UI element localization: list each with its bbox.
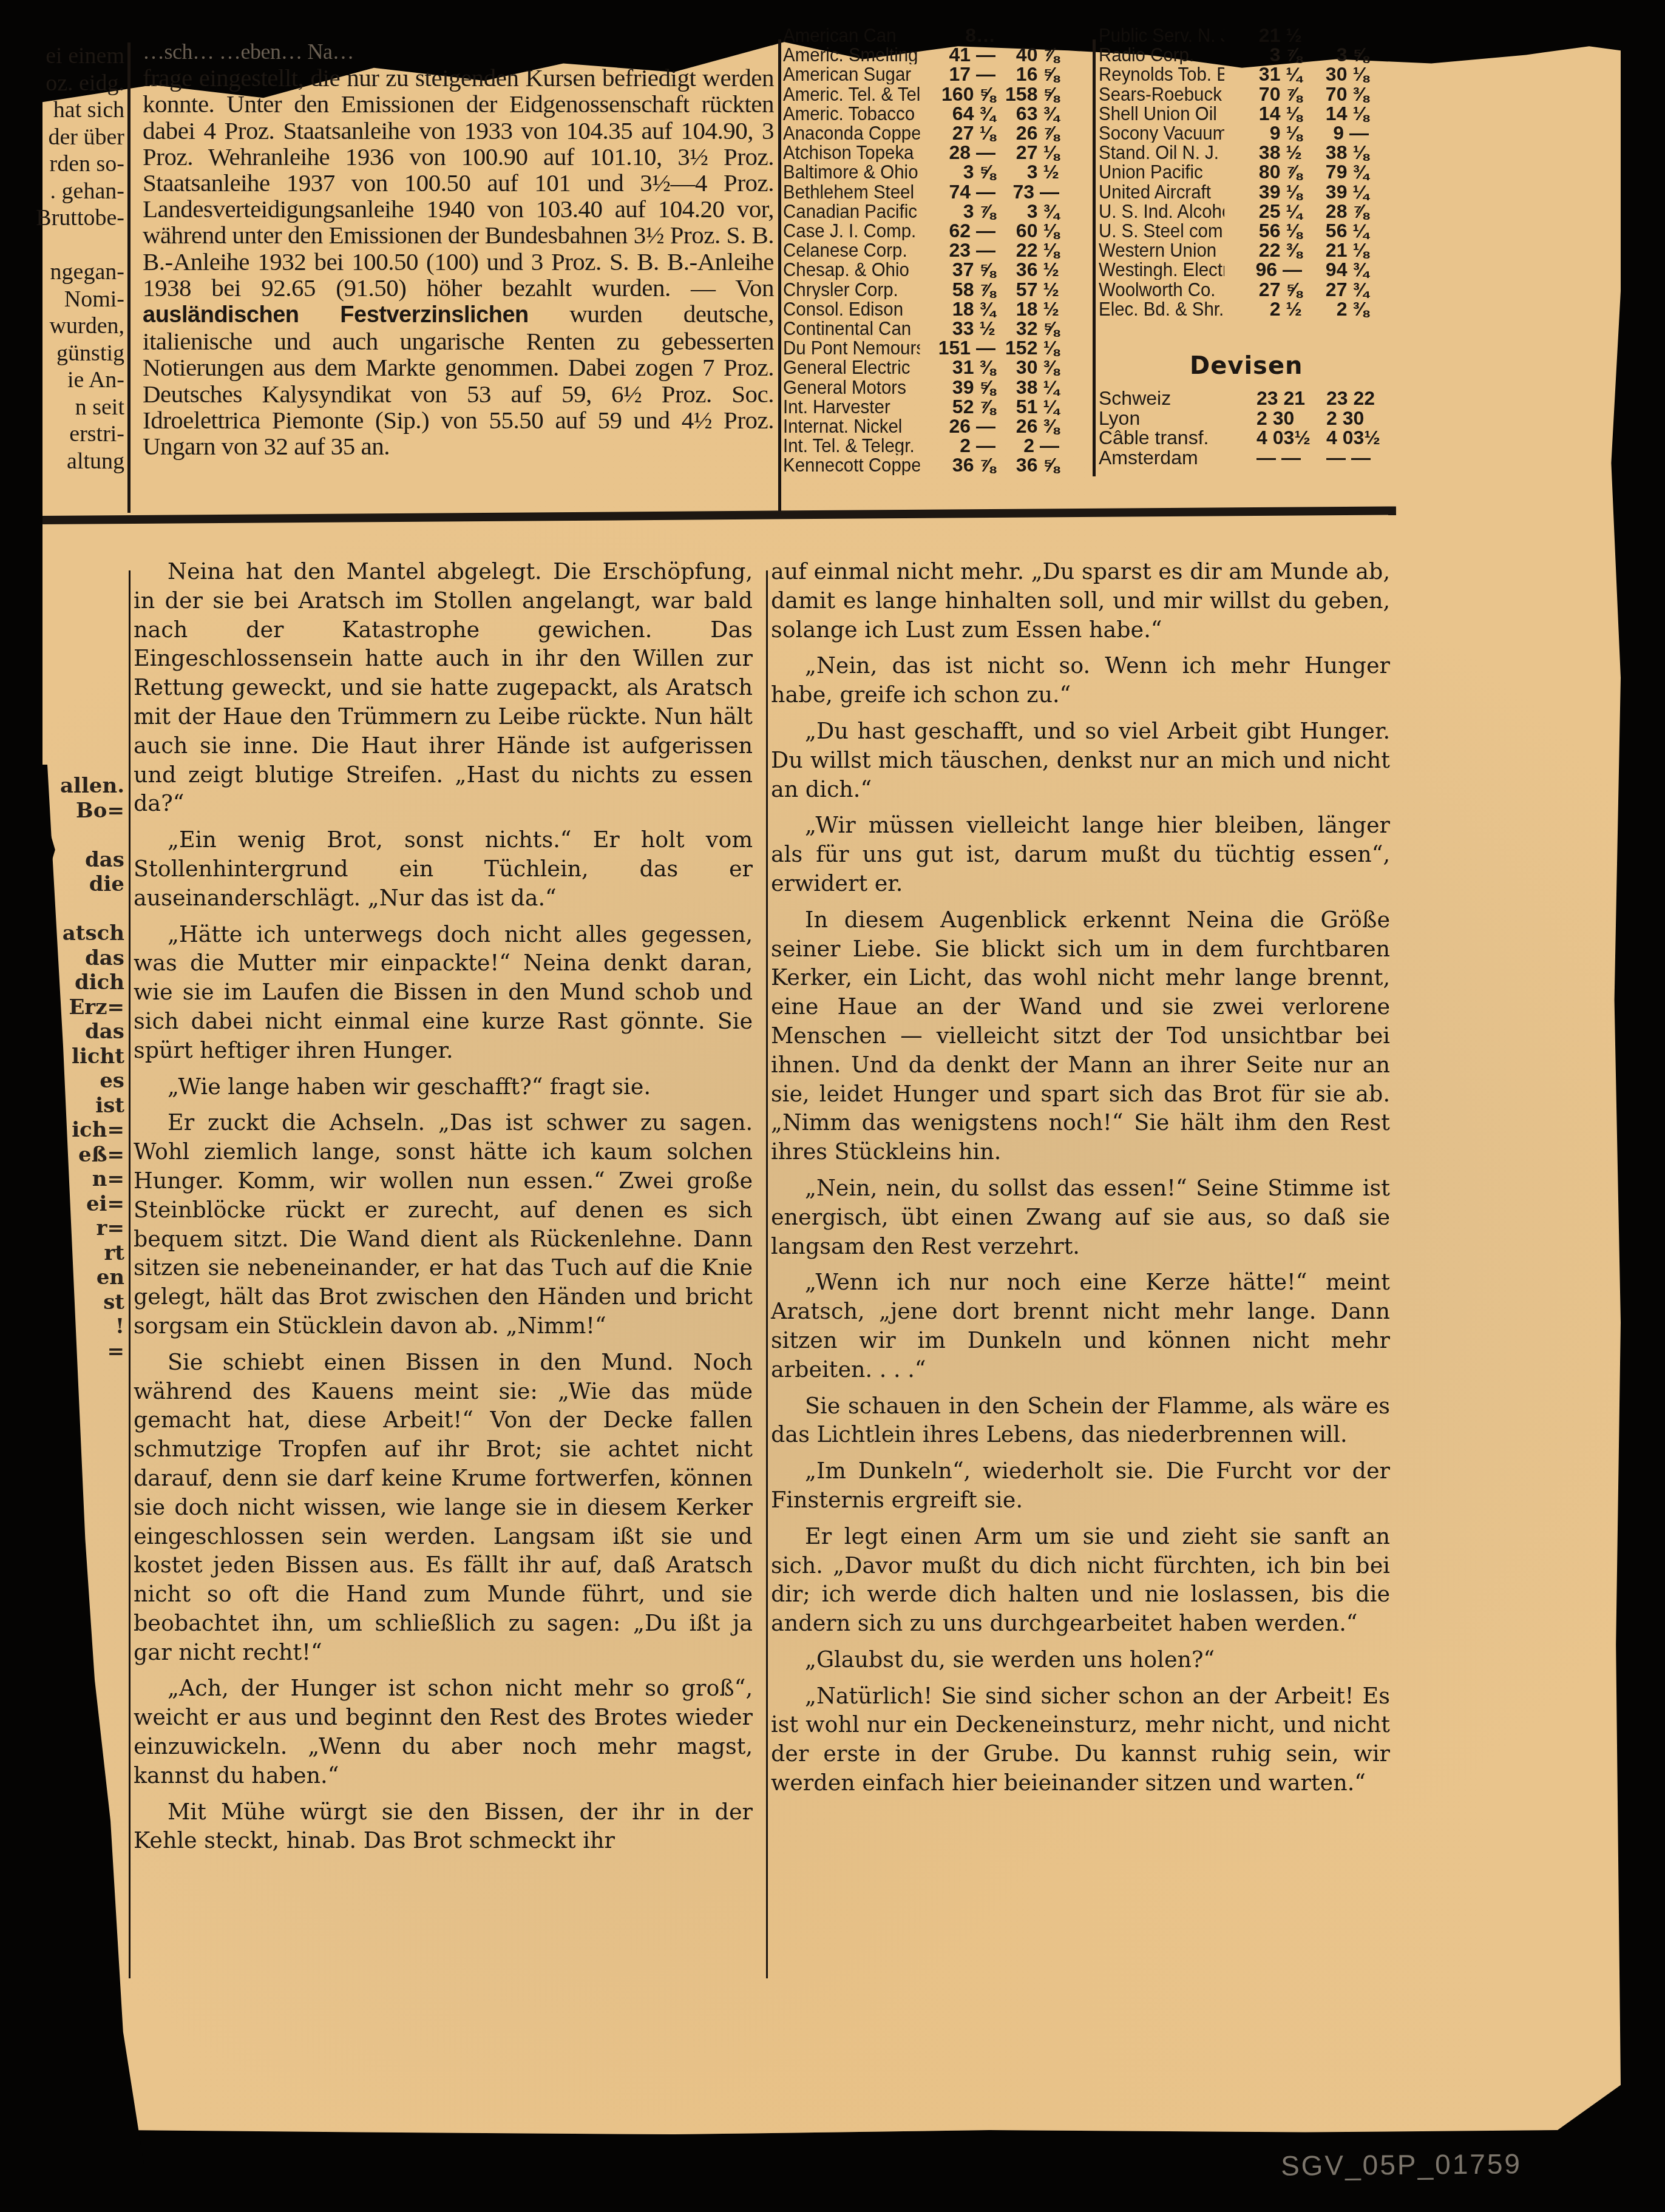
finance-article: …sch… …eben… Na… frage eingestellt, die … — [143, 38, 774, 459]
fragment-line: ich= — [18, 1118, 124, 1143]
stock-previous: 31 ⅜ — [932, 357, 995, 377]
story-paragraph: „Glaubst du, sie werden uns holen?“ — [771, 1645, 1390, 1674]
stock-name: Consol. Edison — [783, 299, 920, 319]
stock-name: American Sugar — [783, 64, 920, 84]
stock-row: General Motors39 ⅝38 ¼ — [783, 377, 1059, 397]
fragment-line: das — [18, 848, 124, 873]
fragment-line: ei einem — [18, 42, 124, 70]
stock-row: Americ. Tel. & Tel.160 ⅝158 ⅝ — [783, 84, 1059, 104]
stock-name: General Electric — [783, 357, 920, 377]
stock-row: General Electric31 ⅜30 ⅜ — [783, 357, 1059, 377]
story-paragraph: „Wie lange haben wir geschafft?“ fragt s… — [134, 1072, 753, 1101]
stock-row: Kennecott Copper36 ⅞36 ⅝ — [783, 455, 1059, 475]
currency-row: Câble transf.4 03½4 03½ — [1099, 428, 1396, 448]
stock-row: Sears-Roebuck70 ⅞70 ⅜ — [1099, 84, 1369, 104]
article-bold-term: ausländischen Festverzinslichen — [143, 302, 529, 328]
stock-name: Kennecott Copper — [783, 455, 920, 475]
fragment-line — [18, 232, 124, 259]
story-paragraph: Er zuckt die Achseln. „Das ist schwer zu… — [134, 1108, 753, 1340]
stock-current: 26 ⅜ — [995, 416, 1059, 436]
stock-name: United Aircraft — [1099, 182, 1224, 201]
story-paragraph: Mit Mühe würgt sie den Bissen, der ihr i… — [134, 1798, 753, 1856]
stock-current: 16 ⅝ — [995, 64, 1059, 84]
fragment-line: Bo= — [18, 799, 124, 824]
stock-row: Stand. Oil N. J.38 ½38 ⅛ — [1099, 143, 1369, 162]
stock-previous: 70 ⅞ — [1235, 84, 1302, 104]
stock-name: Woolworth Co. — [1099, 280, 1224, 299]
stock-name: Internat. Nickel — [783, 416, 920, 436]
stock-current: 60 ⅛ — [995, 221, 1059, 240]
currency-name: Schweiz — [1099, 388, 1256, 408]
story-paragraph: „Ein wenig Brot, sonst nichts.“ Er holt … — [134, 825, 753, 912]
fragment-line: rt — [18, 1241, 124, 1266]
stock-row: Consol. Edison18 ¾18 ½ — [783, 299, 1059, 319]
stock-previous: 56 ⅛ — [1235, 221, 1302, 240]
stock-previous: 41 — — [932, 45, 995, 64]
stock-current: 28 ⅞ — [1302, 201, 1369, 221]
stock-previous: 3 ⅞ — [1235, 45, 1302, 64]
stock-previous: 3 ⅝ — [932, 162, 995, 181]
stock-row: Union Pacific80 ⅞79 ¾ — [1099, 162, 1369, 181]
fragment-line: en — [18, 1265, 124, 1290]
stock-previous: 27 ⅝ — [1235, 280, 1302, 299]
stock-previous: 23 — — [932, 240, 995, 260]
stock-current: 30 ⅜ — [995, 357, 1059, 377]
stock-current: 56 ¼ — [1302, 221, 1369, 240]
fragment-line: ei= — [18, 1192, 124, 1217]
stock-current — [995, 25, 1059, 45]
stock-row: Reynolds Tob. B31 ¼30 ⅛ — [1099, 64, 1369, 84]
stock-previous: 21 ½ — [1235, 25, 1302, 45]
fragment-line: das — [18, 1020, 124, 1044]
stock-row: Atchison Topeka28 —27 ⅛ — [783, 143, 1059, 162]
story-column-left: Neina hat den Mantel abgelegt. Die Ersch… — [134, 557, 753, 1862]
column-rule — [766, 570, 768, 1978]
stock-row: Anaconda Copper27 ⅛26 ⅞ — [783, 123, 1059, 143]
stock-current: 36 ½ — [995, 260, 1059, 279]
fragment-line: n= — [18, 1167, 124, 1192]
stock-previous: 27 ⅛ — [932, 123, 995, 143]
currency-name: Amsterdam — [1099, 448, 1256, 468]
column-rule — [127, 42, 131, 513]
stock-previous: 36 ⅞ — [932, 455, 995, 475]
stock-previous: 160 ⅝ — [932, 84, 995, 104]
fragment-line: allen. — [18, 774, 124, 799]
stock-name: Int. Tel. & Telegr. — [783, 436, 920, 455]
stock-table-left: American Can8…Americ. Smelting41 —40 ⅞Am… — [783, 25, 1059, 475]
stock-previous: 39 ⅝ — [932, 377, 995, 397]
stock-name: Bethlehem Steel — [783, 182, 920, 201]
stock-current: 73 — — [995, 182, 1059, 201]
fragment-line: . gehan- — [18, 178, 124, 205]
partial-line: …sch… …eben… Na… — [143, 39, 354, 64]
stock-previous: 62 — — [932, 221, 995, 240]
stock-current: 22 ⅛ — [995, 240, 1059, 260]
stock-row: Shell Union Oil14 ⅛14 ⅛ — [1099, 104, 1369, 123]
story-column-right: auf einmal nicht mehr. „Du sparst es dir… — [771, 557, 1390, 1805]
stock-row: Westingh. Electric96 —94 ¾ — [1099, 260, 1369, 279]
stock-current: 51 ¼ — [995, 397, 1059, 416]
stock-name: Western Union — [1099, 240, 1224, 260]
stock-name: Anaconda Copper — [783, 123, 920, 143]
fragment-line — [18, 897, 124, 922]
stock-current: 26 ⅞ — [995, 123, 1059, 143]
stock-current: 63 ¾ — [995, 104, 1059, 123]
stock-name: Celanese Corp. — [783, 240, 920, 260]
fragment-line: das — [18, 946, 124, 971]
stock-current: 27 ¾ — [1302, 280, 1369, 299]
stock-name: American Can — [783, 25, 920, 45]
currency-previous: 2 30 — [1256, 408, 1326, 428]
stock-row: Case J. I. Comp.62 —60 ⅛ — [783, 221, 1059, 240]
column-rule — [129, 570, 131, 1978]
fragment-line: eß= — [18, 1143, 124, 1168]
stock-name: Americ. Tobacco B — [783, 104, 920, 123]
currency-current: — — — [1326, 448, 1396, 468]
stock-row: Radio Corp.3 ⅞3 ⅝ — [1099, 45, 1369, 64]
stock-row: Chrysler Corp.58 ⅞57 ½ — [783, 280, 1059, 299]
devisen-table: Schweiz23 2123 22Lyon2 302 30Câble trans… — [1099, 388, 1396, 467]
stock-current: 2 ⅜ — [1302, 299, 1369, 319]
stock-row: American Can8… — [783, 25, 1059, 45]
stock-name: Du Pont Nemours — [783, 338, 920, 357]
stock-row: Western Union22 ⅜21 ⅛ — [1099, 240, 1369, 260]
fragment-line: = — [18, 1339, 124, 1364]
stock-name: Int. Harvester — [783, 397, 920, 416]
fragment-line: hat sich — [18, 96, 124, 124]
stock-row: Baltimore & Ohio3 ⅝3 ½ — [783, 162, 1059, 181]
fragment-line: rden so- — [18, 151, 124, 178]
stock-row: United Aircraft39 ⅛39 ¼ — [1099, 182, 1369, 201]
archive-number: SGV_05P_01759 — [1281, 2147, 1522, 2182]
stock-current: 40 ⅞ — [995, 45, 1059, 64]
story-paragraph: „Ach, der Hunger ist schon nicht mehr so… — [134, 1674, 753, 1790]
fragment-line: ie An- — [18, 367, 124, 394]
stock-row: Celanese Corp.23 —22 ⅛ — [783, 240, 1059, 260]
stock-previous: 151 — — [932, 338, 995, 357]
stock-previous: 17 — — [932, 64, 995, 84]
stock-row: Du Pont Nemours151 —152 ⅛ — [783, 338, 1059, 357]
stock-name: Public Serv. N. J. — [1099, 25, 1224, 45]
story-paragraph: „Wir müssen vielleicht lange hier bleibe… — [771, 811, 1390, 898]
stock-name: U. S. Steel com. — [1099, 221, 1224, 240]
stock-name: Stand. Oil N. J. — [1099, 143, 1224, 162]
fragment-line: der über — [18, 124, 124, 151]
stock-current: 38 ⅛ — [1302, 143, 1369, 162]
currency-row: Schweiz23 2123 22 — [1099, 388, 1396, 408]
stock-row: U. S. Ind. Alcohol25 ¼28 ⅞ — [1099, 201, 1369, 221]
stock-name: Union Pacific — [1099, 162, 1224, 181]
stock-current: 21 ⅛ — [1302, 240, 1369, 260]
devisen-heading: Devisen — [1190, 352, 1303, 380]
stock-row: Public Serv. N. J.21 ½ — [1099, 25, 1369, 45]
stock-row: Woolworth Co.27 ⅝27 ¾ — [1099, 280, 1369, 299]
stock-current: 57 ½ — [995, 280, 1059, 299]
currency-current: 2 30 — [1326, 408, 1396, 428]
stock-name: Radio Corp. — [1099, 45, 1224, 64]
stock-name: Americ. Smelting — [783, 45, 920, 64]
left-fragment-bottom: allen.Bo= dasdie atschdasdichErz=daslich… — [18, 774, 124, 1364]
stock-current: 94 ¾ — [1302, 260, 1369, 279]
fragment-line: r= — [18, 1216, 124, 1241]
stock-name: U. S. Ind. Alcohol — [1099, 201, 1224, 221]
stock-current: 3 ⅝ — [1302, 45, 1369, 64]
stock-previous: 80 ⅞ — [1235, 162, 1302, 181]
fragment-line: es — [18, 1069, 124, 1094]
stock-current: 9 — — [1302, 123, 1369, 143]
fragment-line: erstri- — [18, 421, 124, 448]
currency-row: Amsterdam— —— — — [1099, 448, 1396, 468]
fragment-line: dich — [18, 970, 124, 995]
stock-name: Americ. Tel. & Tel. — [783, 84, 920, 104]
stock-row: Elec. Bd. & Shr.2 ½2 ⅜ — [1099, 299, 1369, 319]
story-paragraph: „Du hast geschafft, und so viel Arbeit g… — [771, 717, 1390, 803]
stock-row: Chesap. & Ohio37 ⅝36 ½ — [783, 260, 1059, 279]
currency-current: 4 03½ — [1326, 428, 1396, 448]
stock-row: Americ. Smelting41 —40 ⅞ — [783, 45, 1059, 64]
column-rule — [778, 39, 781, 513]
stock-row: U. S. Steel com.56 ⅛56 ¼ — [1099, 221, 1369, 240]
currency-current: 23 22 — [1326, 388, 1396, 408]
stock-previous: 39 ⅛ — [1235, 182, 1302, 201]
stock-current: 36 ⅝ — [995, 455, 1059, 475]
stock-name: Chesap. & Ohio — [783, 260, 920, 279]
fragment-line: Nomi- — [18, 286, 124, 313]
stock-previous: 31 ¼ — [1235, 64, 1302, 84]
fragment-line: licht — [18, 1044, 124, 1069]
stock-current: 30 ⅛ — [1302, 64, 1369, 84]
fragment-line: günstig — [18, 340, 124, 367]
stock-current: 18 ½ — [995, 299, 1059, 319]
story-paragraph: „Hätte ich unterwegs doch nicht alles ge… — [134, 920, 753, 1065]
stock-row: Americ. Tobacco B64 ¾63 ¾ — [783, 104, 1059, 123]
story-paragraph: „Wenn ich nur noch eine Kerze hätte!“ me… — [771, 1268, 1390, 1384]
story-paragraph: Er legt einen Arm um sie und zieht sie s… — [771, 1522, 1390, 1638]
stock-previous: 18 ¾ — [932, 299, 995, 319]
story-paragraph: auf einmal nicht mehr. „Du sparst es dir… — [771, 557, 1390, 644]
stock-previous: 33 ½ — [932, 319, 995, 338]
stock-previous: 58 ⅞ — [932, 280, 995, 299]
fragment-line: ! — [18, 1314, 124, 1339]
stock-current: 39 ¼ — [1302, 182, 1369, 201]
story-paragraph: „Nein, das ist nicht so. Wenn ich mehr H… — [771, 651, 1390, 709]
story-paragraph: „Nein, nein, du sollst das essen!“ Seine… — [771, 1174, 1390, 1260]
stock-previous: 28 — — [932, 143, 995, 162]
fragment-line: wurden, — [18, 313, 124, 340]
stock-current — [1302, 25, 1369, 45]
stock-previous: 22 ⅜ — [1235, 240, 1302, 260]
stock-current: 38 ¼ — [995, 377, 1059, 397]
stock-name: Westingh. Electric — [1099, 260, 1224, 279]
stock-previous: 37 ⅝ — [932, 260, 995, 279]
stock-previous: 14 ⅛ — [1235, 104, 1302, 123]
stock-name: Baltimore & Ohio — [783, 162, 920, 181]
stock-current: 70 ⅜ — [1302, 84, 1369, 104]
stock-current: 14 ⅛ — [1302, 104, 1369, 123]
story-paragraph: In diesem Augenblick erkennt Neina die G… — [771, 905, 1390, 1166]
stock-name: Atchison Topeka — [783, 143, 920, 162]
story-paragraph: Sie schiebt einen Bissen in den Mund. No… — [134, 1348, 753, 1667]
article-text: frage eingestellt, die nur zu steigenden… — [143, 64, 774, 302]
stock-row: Int. Tel. & Telegr.2 —2 — — [783, 436, 1059, 455]
currency-previous: 4 03½ — [1256, 428, 1326, 448]
stock-current: 152 ⅛ — [995, 338, 1059, 357]
stock-row: Socony Vacuum9 ⅛9 — — [1099, 123, 1369, 143]
story-paragraph: Sie schauen in den Schein der Flamme, al… — [771, 1392, 1390, 1450]
stock-name: Canadian Pacific — [783, 201, 920, 221]
stock-current: 32 ⅝ — [995, 319, 1059, 338]
stock-name: Socony Vacuum — [1099, 123, 1224, 143]
stock-name: Case J. I. Comp. — [783, 221, 920, 240]
stock-current: 3 ½ — [995, 162, 1059, 181]
stock-current: 3 ¾ — [995, 201, 1059, 221]
currency-previous: 23 21 — [1256, 388, 1326, 408]
stock-name: Elec. Bd. & Shr. — [1099, 299, 1224, 319]
stock-name: Shell Union Oil — [1099, 104, 1224, 123]
currency-previous: — — — [1256, 448, 1326, 468]
stock-current: 2 — — [995, 436, 1059, 455]
stock-previous: 3 ⅞ — [932, 201, 995, 221]
fragment-line: oz. eidg. — [18, 70, 124, 97]
fragment-line: Erz= — [18, 995, 124, 1020]
stock-name: Chrysler Corp. — [783, 280, 920, 299]
stock-previous: 38 ½ — [1235, 143, 1302, 162]
fragment-line: atsch — [18, 921, 124, 946]
story-paragraph: „Natürlich! Sie sind sicher schon an der… — [771, 1682, 1390, 1798]
stock-current: 158 ⅝ — [995, 84, 1059, 104]
stock-previous: 26 — — [932, 416, 995, 436]
fragment-line: Bruttobe- — [18, 205, 124, 232]
story-paragraph: „Im Dunkeln“, wiederholt sie. Die Furcht… — [771, 1456, 1390, 1515]
left-fragment-top: ei einemoz. eidg.hat sichder überrden so… — [18, 42, 124, 475]
currency-row: Lyon2 302 30 — [1099, 408, 1396, 428]
column-rule — [1093, 39, 1096, 476]
stock-row: Bethlehem Steel74 —73 — — [783, 182, 1059, 201]
stock-row: Continental Can33 ½32 ⅝ — [783, 319, 1059, 338]
stock-row: Canadian Pacific3 ⅞3 ¾ — [783, 201, 1059, 221]
fragment-line: altung — [18, 448, 124, 475]
fragment-line: die — [18, 872, 124, 897]
stock-previous: 74 — — [932, 182, 995, 201]
stock-name: Reynolds Tob. B — [1099, 64, 1224, 84]
stock-current: 79 ¾ — [1302, 162, 1369, 181]
stock-current: 27 ⅛ — [995, 143, 1059, 162]
stock-previous: 64 ¾ — [932, 104, 995, 123]
currency-name: Câble transf. — [1099, 428, 1256, 448]
story-paragraph: Neina hat den Mantel abgelegt. Die Ersch… — [134, 557, 753, 818]
stock-name: Continental Can — [783, 319, 920, 338]
stock-name: Sears-Roebuck — [1099, 84, 1224, 104]
stock-row: Int. Harvester52 ⅞51 ¼ — [783, 397, 1059, 416]
fragment-line: n seit — [18, 394, 124, 421]
stock-row: Internat. Nickel26 —26 ⅜ — [783, 416, 1059, 436]
fragment-line — [18, 823, 124, 848]
stock-name: General Motors — [783, 377, 920, 397]
stock-previous: 2 ½ — [1235, 299, 1302, 319]
stock-previous: 52 ⅞ — [932, 397, 995, 416]
fragment-line: ist — [18, 1094, 124, 1118]
stock-previous: 9 ⅛ — [1235, 123, 1302, 143]
stock-previous: 25 ¼ — [1235, 201, 1302, 221]
fragment-line: st — [18, 1290, 124, 1315]
currency-name: Lyon — [1099, 408, 1256, 428]
stock-previous: 2 — — [932, 436, 995, 455]
stock-previous: 8… — [932, 25, 995, 45]
fragment-line: ngegan- — [18, 259, 124, 286]
stock-table-right: Public Serv. N. J.21 ½Radio Corp.3 ⅞3 ⅝R… — [1099, 25, 1369, 319]
stock-row: American Sugar17 —16 ⅝ — [783, 64, 1059, 84]
stock-previous: 96 — — [1235, 260, 1302, 279]
